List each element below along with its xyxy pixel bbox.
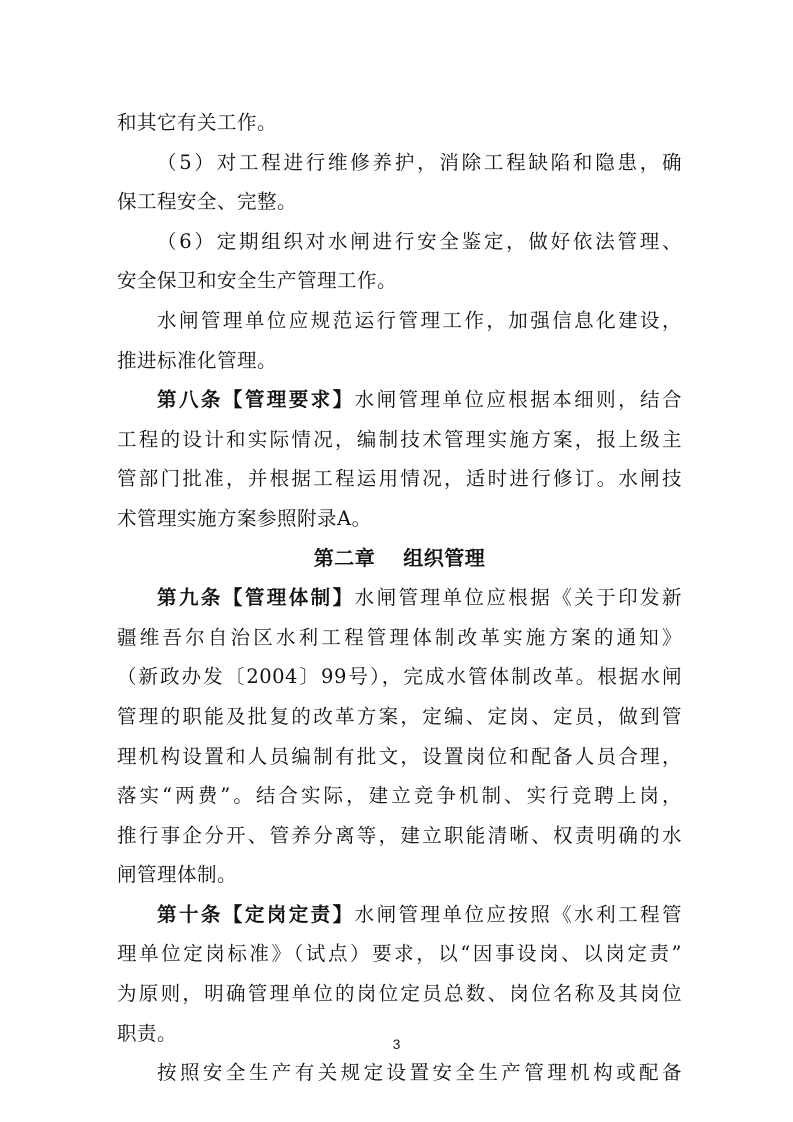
text-line: 保工程安全、完整。 (117, 182, 682, 222)
article-8-title: 第八条【管理要求】 (157, 388, 355, 411)
text-line: 闸管理体制。 (117, 855, 682, 895)
text-line: 落实“两费”。结合实际，建立竞争机制、实行竞聘上岗， (117, 776, 682, 816)
text-line: 疆维吾尔自治区水利工程管理体制改革实施方案的通知》 (117, 618, 682, 658)
text-line: 安全保卫和安全生产管理工作。 (117, 261, 682, 301)
text-line: 水闸管理单位应规范运行管理工作，加强信息化建设， (117, 301, 682, 341)
text-line: 和其它有关工作。 (117, 103, 682, 143)
text-line: 术管理实施方案参照附录A。 (117, 499, 682, 539)
text-line: 管理的职能及批复的改革方案，定编、定岗、定员，做到管 (117, 697, 682, 737)
text-line: 管部门批准，并根据工程运用情况，适时进行修订。水闸技 (117, 459, 682, 499)
text-line: 按照安全生产有关规定设置安全生产管理机构或配备 (117, 1053, 682, 1093)
text-line: 理机构设置和人员编制有批文，设置岗位和配备人员合理， (117, 737, 682, 777)
text-line: （6）定期组织对水闸进行安全鉴定，做好依法管理、 (117, 222, 682, 262)
article-10-first-line: 第十条【定岗定责】水闸管理单位应按照《水利工程管 (117, 895, 682, 935)
text-span: 水闸管理单位应根据本细则，结合 (355, 388, 682, 411)
article-9-first-line: 第九条【管理体制】水闸管理单位应根据《关于印发新 (117, 578, 682, 618)
text-line: 理单位定岗标准》（试点）要求，以“因事设岗、以岗定责” (117, 934, 682, 974)
article-8-first-line: 第八条【管理要求】水闸管理单位应根据本细则，结合 (117, 380, 682, 420)
chapter-title: 组织管理 (403, 546, 485, 570)
text-line: 推行事企分开、管养分离等，建立职能清晰、权责明确的水 (117, 816, 682, 856)
text-line: 工程的设计和实际情况，编制技术管理实施方案，报上级主 (117, 420, 682, 460)
text-line: 为原则，明确管理单位的岗位定员总数、岗位名称及其岗位 (117, 974, 682, 1014)
chapter-number: 第二章 (314, 546, 376, 570)
article-9-title: 第九条【管理体制】 (157, 586, 355, 609)
text-line: （5）对工程进行维修养护，消除工程缺陷和隐患，确 (117, 143, 682, 183)
chapter-heading: 第二章组织管理 (117, 539, 682, 579)
page-number: 3 (0, 1036, 793, 1052)
text-line: 推进标准化管理。 (117, 341, 682, 381)
text-line: （新政办发〔2004〕99号），完成水管体制改革。根据水闸 (117, 657, 682, 697)
document-page: 和其它有关工作。 （5）对工程进行维修养护，消除工程缺陷和隐患，确 保工程安全、… (117, 103, 682, 1093)
text-span: 水闸管理单位应根据《关于印发新 (355, 586, 682, 609)
article-10-title: 第十条【定岗定责】 (157, 903, 355, 926)
text-span: 水闸管理单位应按照《水利工程管 (355, 903, 682, 926)
